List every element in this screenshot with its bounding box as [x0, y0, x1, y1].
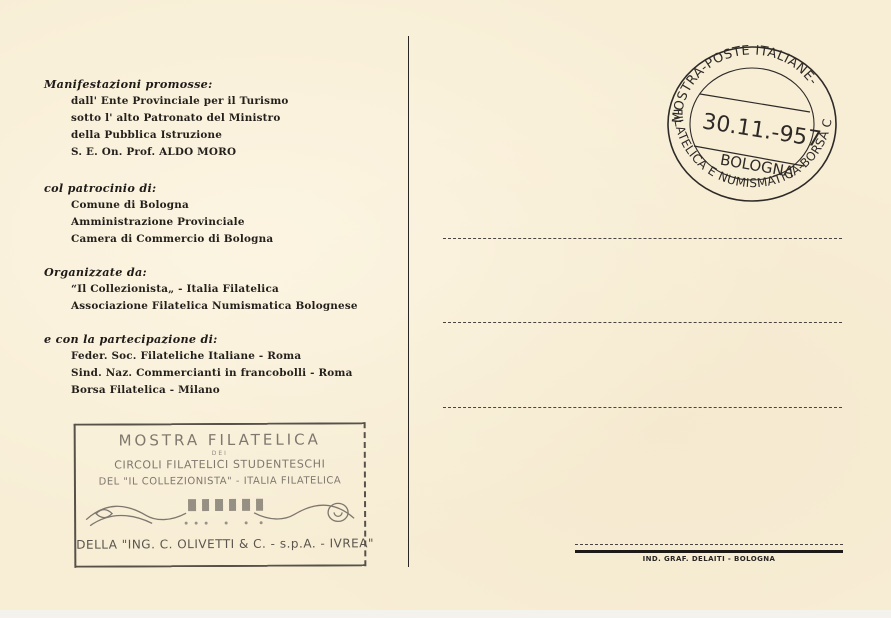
- cachet-title: MOSTRA FILATELICA: [76, 430, 364, 450]
- printer-imprint: IND. GRAF. DELAITI - BOLOGNA: [575, 555, 843, 563]
- section-line: Sind. Naz. Commercianti in francobolli -…: [71, 365, 353, 382]
- section-line: Comune di Bologna: [71, 197, 273, 214]
- cachet-ornament-icon: [76, 490, 364, 532]
- section-line: Amministrazione Provinciale: [71, 214, 273, 231]
- imprint-rule: [575, 550, 843, 553]
- cachet-line: CIRCOLI FILATELICI STUDENTESCHI: [76, 457, 364, 472]
- cachet-line: DEL "IL COLLEZIONISTA" - ITALIA FILATELI…: [76, 475, 364, 488]
- section-line: Borsa Filatelica - Milano: [71, 382, 353, 399]
- section-heading: Organizzate da:: [44, 264, 358, 281]
- address-line: [443, 407, 842, 408]
- section-line: “Il Collezionista„ - Italia Filatelica: [71, 281, 358, 298]
- exhibition-cachet-stamp: MOSTRA FILATELICA DEI CIRCOLI FILATELICI…: [74, 422, 367, 568]
- address-line: [443, 322, 842, 323]
- section-line: Feder. Soc. Filateliche Italiane - Roma: [71, 348, 353, 365]
- postmark-date: 30.11.-957: [700, 109, 822, 152]
- section-heading: e con la partecipazione di:: [44, 331, 353, 348]
- section-line: Camera di Commercio di Bologna: [71, 231, 273, 248]
- postmark-top-arc: MOSTRA-POSTE ITALIANE-: [670, 44, 820, 124]
- address-line: [575, 544, 843, 545]
- section-line: S. E. On. Prof. ALDO MORO: [71, 144, 289, 161]
- section-heading: col patrocinio di:: [44, 180, 273, 197]
- cachet-line: DELLA "ING. C. OLIVETTI & C. - s.p.A. - …: [76, 536, 364, 552]
- center-divider-line: [408, 36, 409, 567]
- section-heading: Manifestazioni promosse:: [44, 76, 289, 93]
- section-line: Associazione Filatelica Numismatica Bolo…: [71, 298, 358, 315]
- section-participants: e con la partecipazione di: Feder. Soc. …: [44, 331, 353, 399]
- section-line: sotto l' alto Patronato del Ministro: [71, 110, 289, 127]
- svg-text:MOSTRA-POSTE ITALIANE-: MOSTRA-POSTE ITALIANE-: [670, 44, 820, 124]
- section-line: della Pubblica Istruzione: [71, 127, 289, 144]
- section-patronage: col patrocinio di: Comune di Bologna Amm…: [44, 180, 273, 248]
- scan-margin: [0, 610, 891, 618]
- address-line: [443, 238, 842, 239]
- postmark-cancellation: MOSTRA-POSTE ITALIANE- FILATELICA E NUMI…: [664, 44, 840, 206]
- section-promoted-by: Manifestazioni promosse: dall' Ente Prov…: [44, 76, 289, 161]
- section-line: dall' Ente Provinciale per il Turismo: [71, 93, 289, 110]
- section-organizers: Organizzate da: “Il Collezionista„ - Ita…: [44, 264, 358, 315]
